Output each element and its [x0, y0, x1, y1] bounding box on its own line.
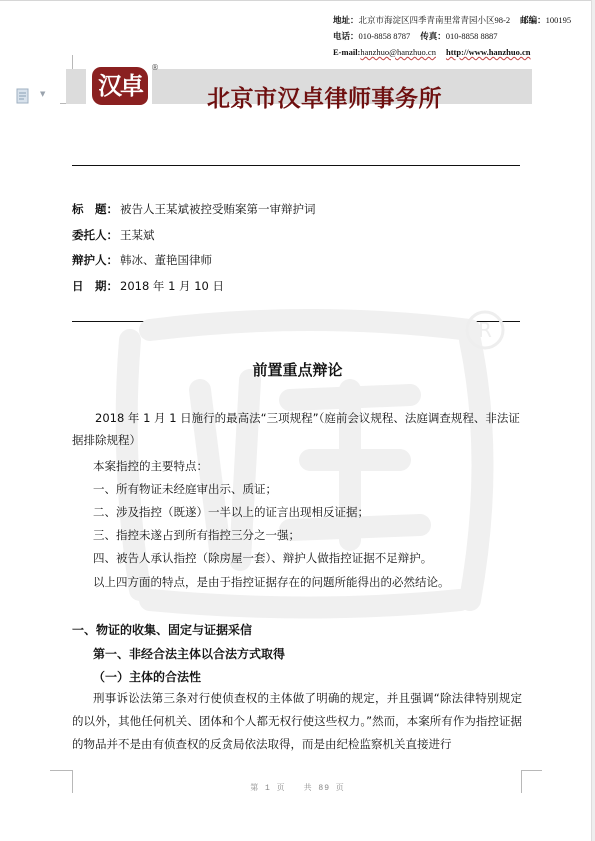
feature-item-2: 二、涉及指控（既遂）一半以上的证言出现相反证据；	[93, 504, 369, 520]
intro-paragraph: 2018 年 1 月 1 日施行的最高法“三项规程”（庭前会议规程、法庭调查规程…	[72, 407, 522, 451]
postcode-value: 100195	[546, 15, 572, 25]
chevron-down-icon[interactable]: ▼	[40, 90, 45, 98]
contact-block: 地址：北京市海淀区四季青南里常青园小区98-2邮编：100195 电话：010-…	[333, 12, 571, 60]
title-value: 被告人王某斌被控受贿案第一审辩护词	[120, 202, 316, 216]
divider-bottom	[72, 321, 520, 322]
phone-label: 电话：	[333, 31, 359, 41]
address-label: 地址：	[333, 15, 359, 25]
top-border	[0, 0, 595, 1]
date-label: 日 期：	[72, 278, 118, 294]
section-title: 前置重点辩论	[0, 359, 595, 380]
meta-client-row: 委托人：王某斌	[72, 227, 155, 243]
conclusion: 以上四方面的特点，是由于指控证据存在的问题所能得出的必然结论。	[93, 574, 450, 590]
title-label: 标 题：	[72, 201, 118, 217]
heading-level-1: 一、物证的收集、固定与证据采信	[72, 621, 252, 638]
client-label: 委托人：	[72, 227, 118, 243]
email-link[interactable]: hanzhuo@hanzhuo.cn	[360, 47, 436, 57]
feature-item-1: 一、所有物证未经庭审出示、质证；	[93, 481, 277, 497]
vertical-scrollbar[interactable]	[591, 0, 595, 841]
meta-title-row: 标 题：被告人王某斌被控受贿案第一审辩护词	[72, 201, 316, 217]
defender-label: 辩护人：	[72, 252, 118, 268]
defender-value: 韩冰、董艳国律师	[120, 253, 212, 267]
divider-top	[72, 165, 520, 166]
client-value: 王某斌	[120, 228, 155, 242]
meta-date-row: 日 期：2018 年 1 月 10 日	[72, 278, 224, 294]
address-line: 地址：北京市海淀区四季青南里常青园小区98-2邮编：100195	[333, 12, 571, 28]
document-layout-icon[interactable]	[16, 88, 30, 104]
feature-item-3: 三、指控未遂占到所有指控三分之一强；	[93, 527, 300, 543]
date-value: 2018 年 1 月 10 日	[120, 279, 224, 293]
address-value: 北京市海淀区四季青南里常青园小区98-2	[359, 15, 511, 25]
email-line: E-mail:hanzhuo@hanzhuo.cnhttp://www.hanz…	[333, 44, 571, 60]
firm-logo: 汉卓	[92, 67, 148, 105]
postcode-label: 邮编：	[520, 15, 546, 25]
body-paragraph: 刑事诉讼法第三条对行使侦查权的主体做了明确的规定，并且强调“除法律特别规定的以外…	[72, 687, 522, 756]
page-number: 第 1 页 共 89 页	[0, 782, 595, 793]
phone-line: 电话：010-8858 8787传真：010-8858 8887	[333, 28, 571, 44]
firm-name: 北京市汉卓律师事务所	[207, 80, 442, 113]
heading-level-2: 第一、非经合法主体以合法方式取得	[93, 645, 285, 662]
meta-defender-row: 辩护人：韩冰、董艳国律师	[72, 252, 212, 268]
heading-level-3: （一）主体的合法性	[93, 668, 201, 685]
phone-value: 010-8858 8787	[359, 31, 411, 41]
fax-value: 010-8858 8887	[446, 31, 498, 41]
email-label: E-mail:	[333, 47, 360, 57]
feature-item-4: 四、被告人承认指控（除房屋一套）、辩护人做指控证据不足辩护。	[93, 550, 432, 566]
website-link[interactable]: http://www.hanzhuo.cn	[446, 47, 531, 57]
features-heading: 本案指控的主要特点：	[93, 458, 208, 474]
fax-label: 传真：	[420, 31, 446, 41]
registered-mark: ®	[151, 63, 159, 72]
